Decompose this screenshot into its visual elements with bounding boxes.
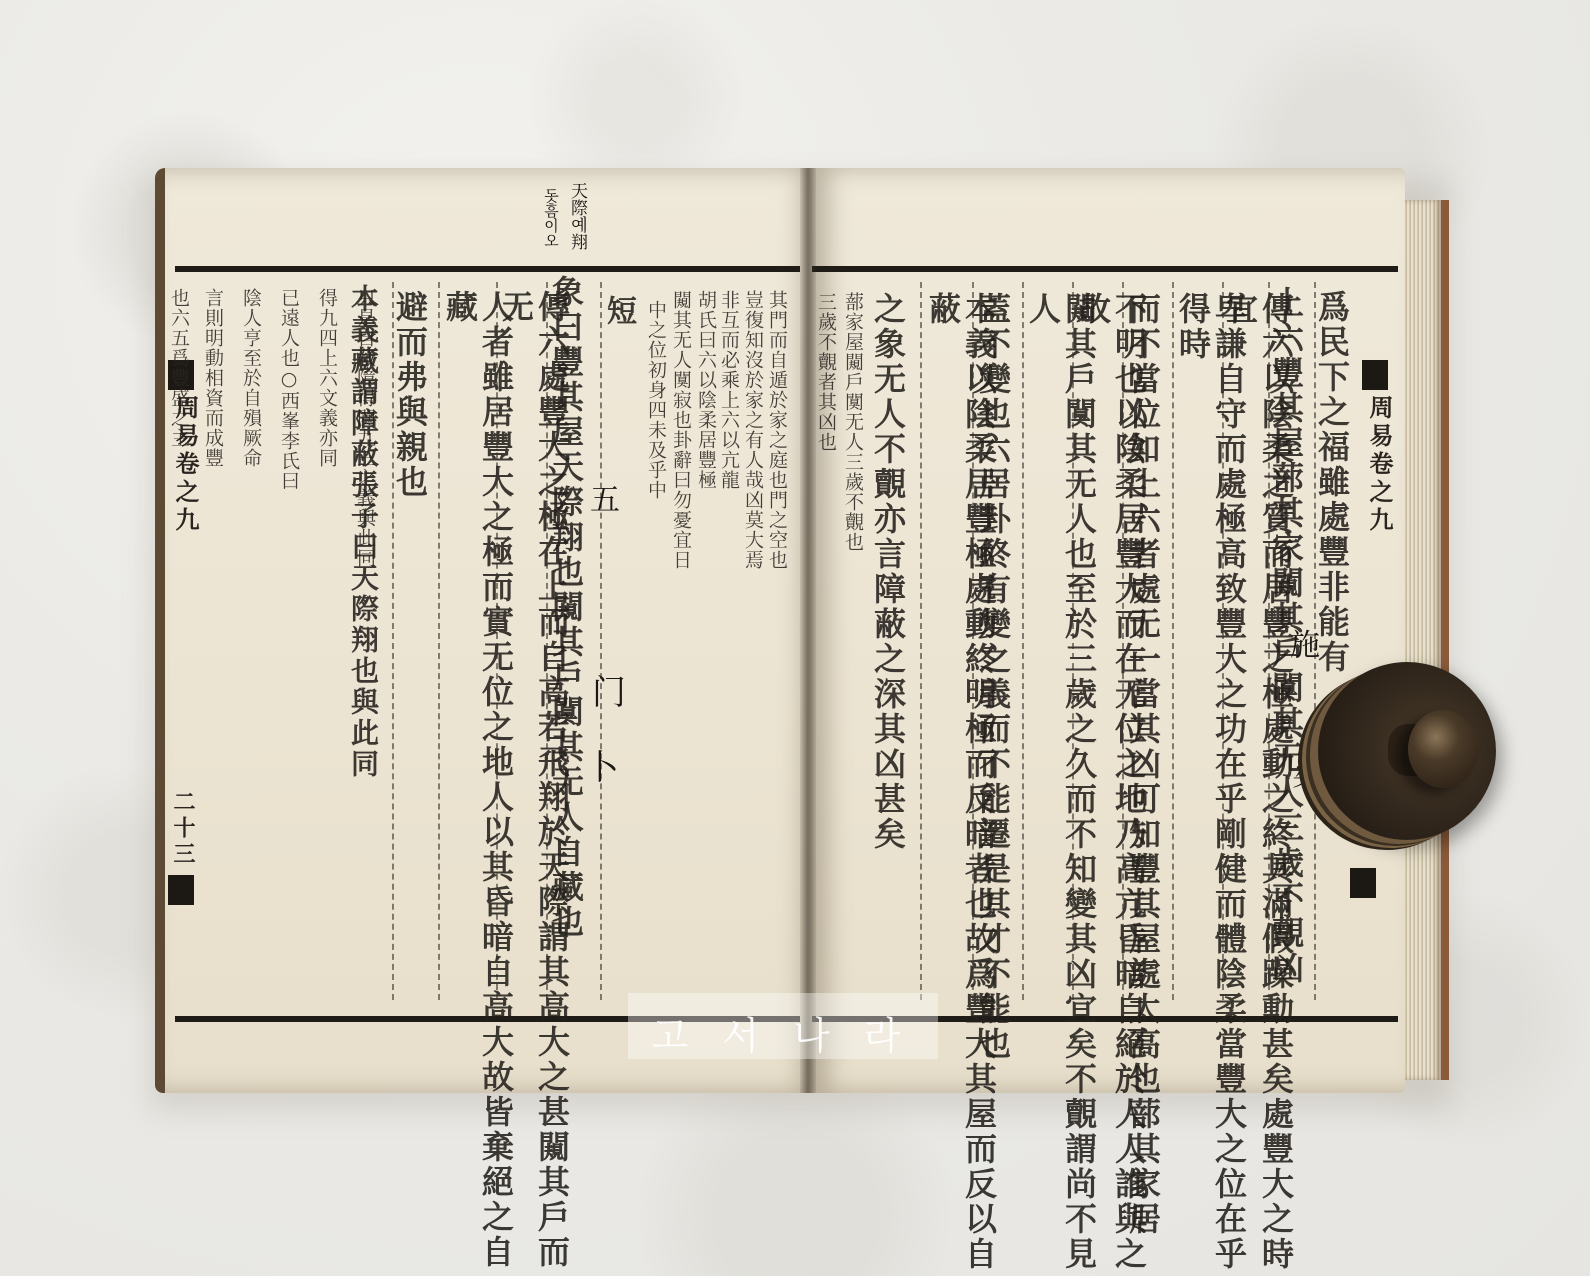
text-column: 短 — [600, 295, 636, 328]
handwritten-mark: 施 — [1290, 620, 1320, 664]
watermark-text: 고서나라 — [628, 1005, 938, 1060]
text-column: 中之位初身四未及乎中 — [645, 300, 666, 500]
text-column: 避而弗與親也 — [392, 290, 428, 500]
fishtail-mark-top — [1362, 360, 1388, 390]
text-column: 非互而必乘上六以亢龍 — [718, 290, 739, 490]
handwritten-mark: 门 — [592, 665, 626, 714]
text-column: 也六五爲豐盛之主 — [168, 288, 189, 448]
text-column: 言則明動相資而成豐 — [202, 288, 223, 468]
column-divider — [600, 282, 602, 1000]
text-column: 三歲不覿者其凶也 — [815, 292, 836, 452]
paperweight-knob — [1408, 710, 1478, 788]
text-column: 已遠人也○西峯李氏曰 — [278, 288, 299, 491]
left-margin-page-number: 二十三 — [168, 790, 199, 868]
column-divider — [1172, 282, 1174, 1000]
column-divider — [438, 282, 440, 1000]
text-column: 蓋不變也六居卦終有變之義而不能遷是其才不能也 — [975, 292, 1011, 1062]
text-column: 象曰豐其屋天際翔也闚其戶闃其无人自藏也 — [548, 275, 584, 940]
text-column: 之象无人不覿亦言障蔽之深其凶甚矣 — [870, 292, 906, 852]
text-column: 本義藏謂障蔽張子曰天際翔也與此同 — [345, 284, 381, 780]
right-margin-title: 周易卷之九 — [1362, 395, 1397, 535]
text-column: 得九四上六文義亦同 — [316, 288, 337, 468]
text-column: 蔀家屋闚戶闃无人三歲不覿也 — [842, 292, 863, 552]
text-column: 豈復知沒於家之有人哉凶莫大焉 — [742, 290, 763, 570]
fishtail-mark-bottom — [1350, 868, 1376, 898]
handwritten-annotation-hangul: 돗흠이오 — [542, 188, 560, 248]
text-column: 闚其无人闃寂也卦辭曰勿憂宜日 — [670, 290, 691, 570]
handwritten-mark: 卜 — [585, 740, 619, 789]
column-divider — [1022, 282, 1024, 1000]
handwritten-mark: 五 — [590, 475, 620, 519]
text-column: 陰人亨至於自殞厥命 — [240, 288, 261, 468]
fishtail-mark-bottom — [168, 875, 194, 905]
brass-paperweight — [1318, 662, 1498, 842]
text-column: 其門而自遁於家之庭也門之空也 — [766, 290, 787, 570]
book-gutter — [800, 168, 816, 1093]
text-column: 而不當位如上六者處无一當其凶可知豐其屋處太高也蔀其家居 — [1125, 292, 1161, 1237]
text-column: 胡氏曰六以陰柔居豐極 — [695, 290, 716, 490]
handwritten-annotation-hanja: 天際예翔 — [567, 182, 587, 250]
text-column: 爲民下之福雖處豐非能有 — [1314, 290, 1350, 675]
column-divider — [1072, 282, 1074, 1000]
column-divider — [920, 282, 922, 1000]
